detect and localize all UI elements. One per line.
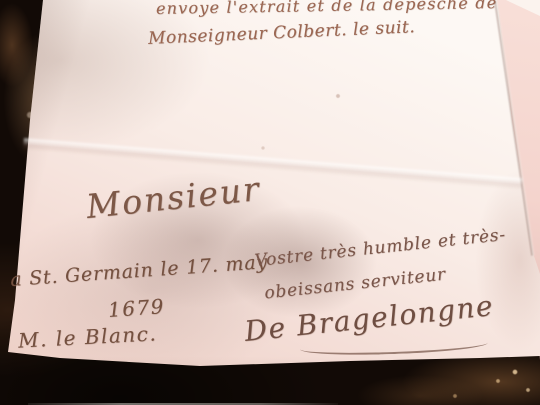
year-line: 1679 (107, 294, 165, 322)
letter-photo: envoye l'extrait et de la depesche de Mo… (0, 0, 540, 405)
